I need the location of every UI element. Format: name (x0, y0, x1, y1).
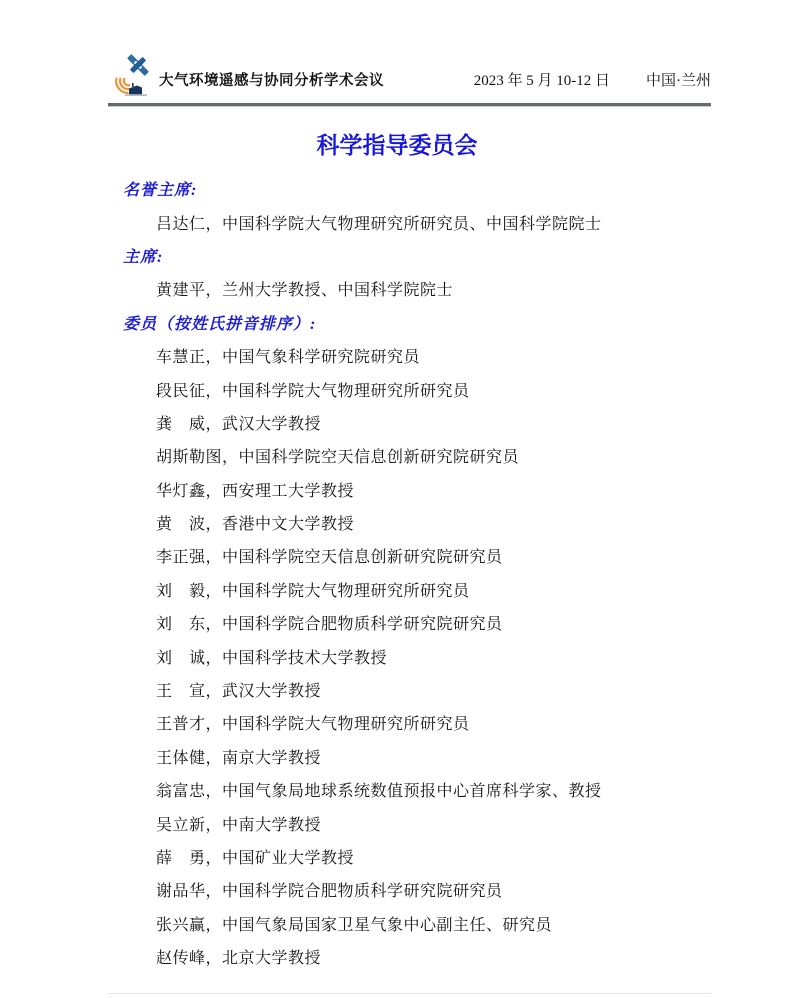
member-entry: 李正强，中国科学院空天信息创新研究院研究员 (0, 539, 794, 572)
member-entry: 谢品华，中国科学院合肥物质科学研究院研究员 (0, 873, 794, 906)
member-entry: 胡斯勒图，中国科学院空天信息创新研究院研究员 (0, 439, 794, 472)
member-entry: 车慧正，中国气象科学研究院研究员 (0, 339, 794, 372)
footer-divider-line (108, 993, 711, 994)
conference-location: 中国·兰州 (646, 69, 711, 96)
member-entry: 翁富忠，中国气象局地球系统数值预报中心首席科学家、教授 (0, 773, 794, 806)
conference-name: 大气环境遥感与协同分析学术会议 (159, 69, 384, 96)
member-entry: 赵传峰，北京大学教授 (0, 940, 794, 973)
member-entry: 刘 诚，中国科学技术大学教授 (0, 639, 794, 672)
member-entry: 刘 毅，中国科学院大气物理研究所研究员 (0, 573, 794, 606)
member-entry: 龚 威，武汉大学教授 (0, 406, 794, 439)
member-entry: 段民征，中国科学院大气物理研究所研究员 (0, 372, 794, 405)
page-title: 科学指导委员会 (0, 127, 794, 160)
chair-entry: 黄建平，兰州大学教授、中国科学院院士 (0, 272, 794, 305)
honorary-chair-entry: 吕达仁，中国科学院大气物理研究所研究员、中国科学院院士 (0, 205, 794, 238)
member-entry: 刘 东，中国科学院合肥物质科学研究院研究员 (0, 606, 794, 639)
member-entry: 黄 波，香港中文大学教授 (0, 506, 794, 539)
page-header: 大气环境遥感与协同分析学术会议 2023 年 5 月 10-12 日 中国·兰州 (112, 52, 711, 96)
members-label: 委员（按姓氏拼音排序）: (0, 306, 794, 339)
satellite-remote-sensing-logo-icon (112, 52, 154, 98)
document-page: 大气环境遥感与协同分析学术会议 2023 年 5 月 10-12 日 中国·兰州… (0, 0, 794, 998)
member-entry: 华灯鑫，西安理工大学教授 (0, 473, 794, 506)
honorary-chair-label: 名誉主席: (0, 172, 794, 205)
member-entry: 张兴赢，中国气象局国家卫星气象中心副主任、研究员 (0, 907, 794, 940)
conference-date: 2023 年 5 月 10-12 日 (474, 69, 610, 96)
member-entry: 王 宣，武汉大学教授 (0, 673, 794, 706)
member-entry: 王普才，中国科学院大气物理研究所研究员 (0, 706, 794, 739)
member-entry: 吴立新，中南大学教授 (0, 806, 794, 839)
chair-label: 主席: (0, 239, 794, 272)
header-divider-line (108, 103, 711, 107)
member-entry: 薛 勇，中国矿业大学教授 (0, 840, 794, 873)
committee-list: 名誉主席: 吕达仁，中国科学院大气物理研究所研究员、中国科学院院士 主席: 黄建… (0, 172, 794, 973)
member-entry: 王体健，南京大学教授 (0, 740, 794, 773)
